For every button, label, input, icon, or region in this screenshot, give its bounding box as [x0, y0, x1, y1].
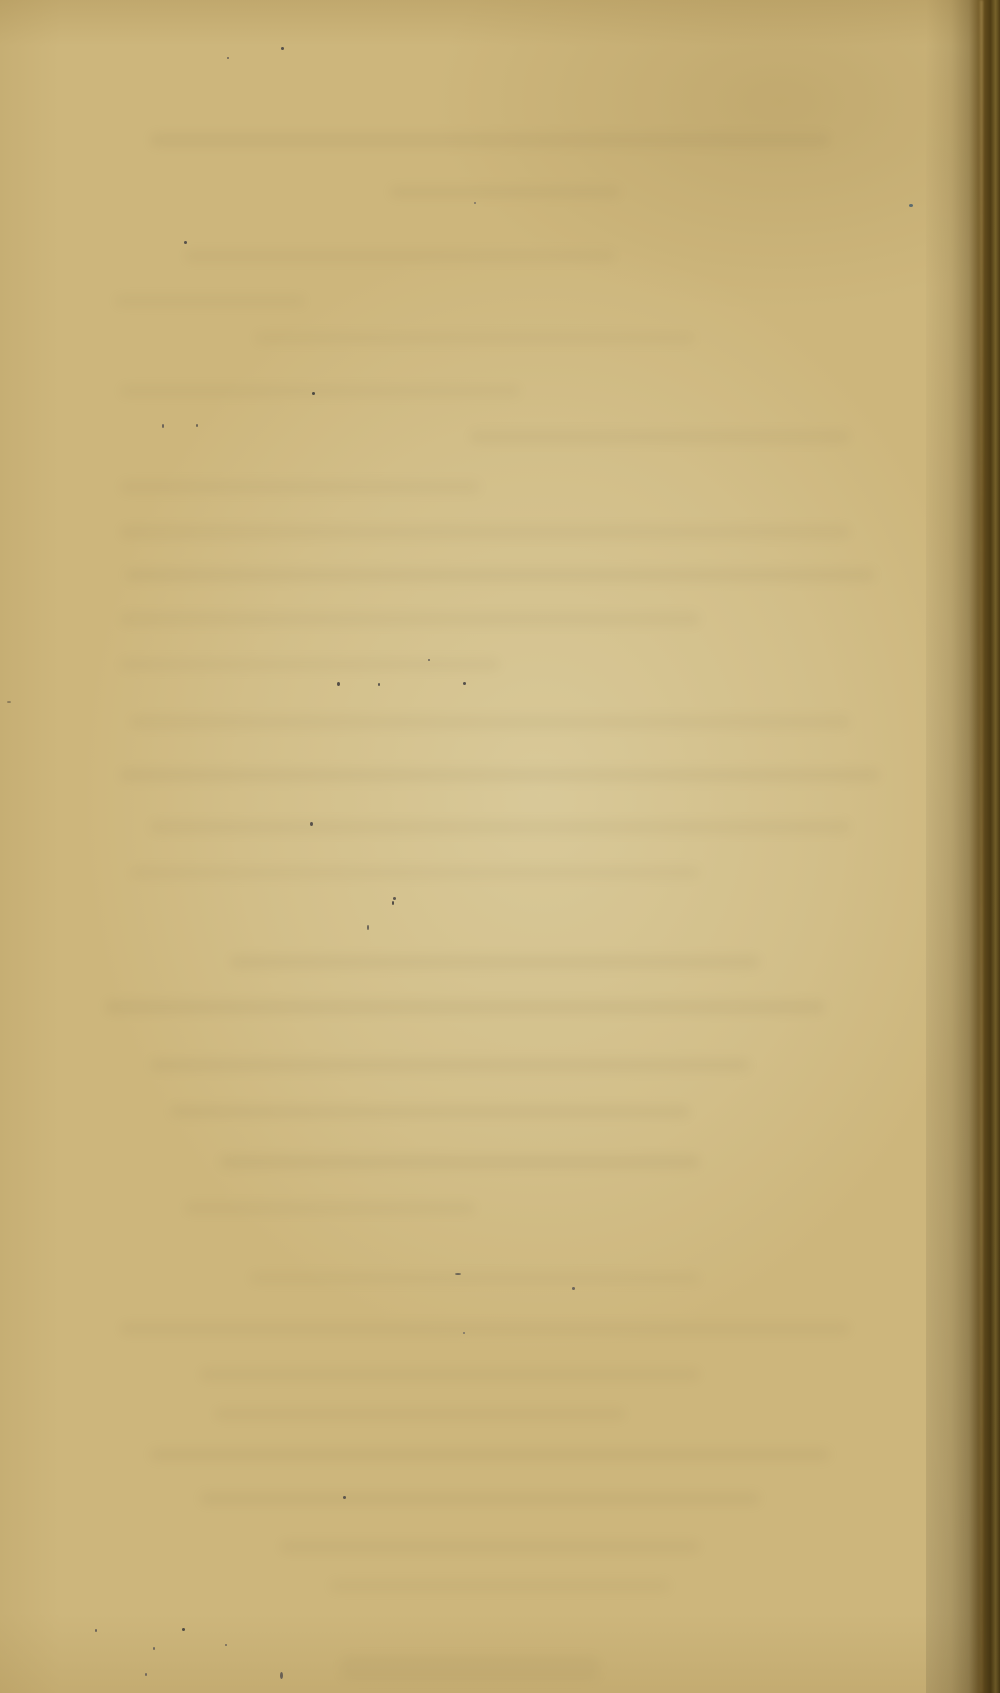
foxing-speck — [196, 424, 198, 427]
bleedthrough-line — [115, 295, 305, 307]
foxing-speck — [393, 897, 396, 900]
foxing-speck — [184, 241, 187, 244]
foxing-speck — [312, 392, 315, 395]
bleedthrough-line — [150, 820, 850, 834]
bleedthrough-line — [125, 568, 875, 582]
bleedthrough-line — [185, 250, 615, 262]
bleedthrough-line — [120, 525, 850, 539]
foxing-speck — [367, 925, 369, 930]
foxing-speck — [428, 659, 430, 661]
bleedthrough-line — [120, 612, 700, 626]
foxing-speck — [474, 202, 476, 204]
bleedthrough-line — [340, 1655, 600, 1681]
bleedthrough-line — [120, 1322, 850, 1335]
foxing-speck — [392, 901, 394, 905]
foxing-speck — [378, 683, 380, 686]
bleedthrough-line — [220, 1155, 700, 1169]
bleedthrough-line — [185, 1202, 475, 1214]
bleedthrough-line — [130, 715, 850, 729]
bleedthrough-line — [250, 1272, 700, 1284]
bleedthrough-line — [200, 1368, 700, 1381]
bleedthrough-line — [170, 1105, 690, 1118]
bleedthrough-line — [150, 1058, 750, 1072]
bleedthrough-line — [120, 658, 500, 671]
foxing-speck — [909, 204, 913, 207]
foxing-speck — [337, 682, 340, 686]
paper-vignette — [0, 0, 1000, 1693]
foxing-speck — [455, 1273, 461, 1275]
gutter-highlight — [980, 0, 983, 1693]
foxing-specks-layer — [0, 0, 1000, 1693]
foxing-speck — [7, 701, 11, 703]
bleedthrough-line — [105, 1000, 825, 1014]
foxing-speck — [572, 1287, 575, 1290]
bleedthrough-line — [120, 480, 480, 494]
bleedthrough-line — [255, 332, 695, 344]
bleedthrough-line — [470, 430, 850, 444]
bleedthrough-line — [280, 1540, 700, 1553]
bleedthrough-line — [130, 866, 700, 879]
scanned-book-page — [0, 0, 1000, 1693]
foxing-speck — [281, 47, 284, 50]
foxing-speck — [310, 822, 313, 826]
bleedthrough-line — [120, 385, 520, 397]
bleedthrough-line — [150, 1448, 830, 1461]
bleedthrough-line — [200, 1492, 760, 1505]
foxing-speck — [162, 424, 164, 428]
bleedthrough-line — [215, 1408, 625, 1420]
foxing-speck — [227, 57, 229, 59]
foxing-speck — [280, 1672, 283, 1679]
foxing-speck — [153, 1647, 155, 1650]
foxing-speck — [182, 1628, 185, 1631]
bleedthrough-line — [390, 186, 620, 198]
foxing-speck — [95, 1629, 97, 1632]
foxing-speck — [463, 1332, 465, 1334]
foxing-speck — [343, 1496, 346, 1499]
foxing-speck — [145, 1673, 147, 1676]
bleedthrough-layer — [0, 0, 1000, 1693]
bleedthrough-line — [330, 1580, 670, 1592]
foxing-speck — [225, 1644, 227, 1646]
bleedthrough-line — [230, 955, 760, 969]
book-gutter-shadow — [926, 0, 1000, 1693]
bleedthrough-line — [120, 768, 880, 782]
foxing-speck — [463, 682, 466, 685]
bleedthrough-line — [150, 133, 830, 147]
